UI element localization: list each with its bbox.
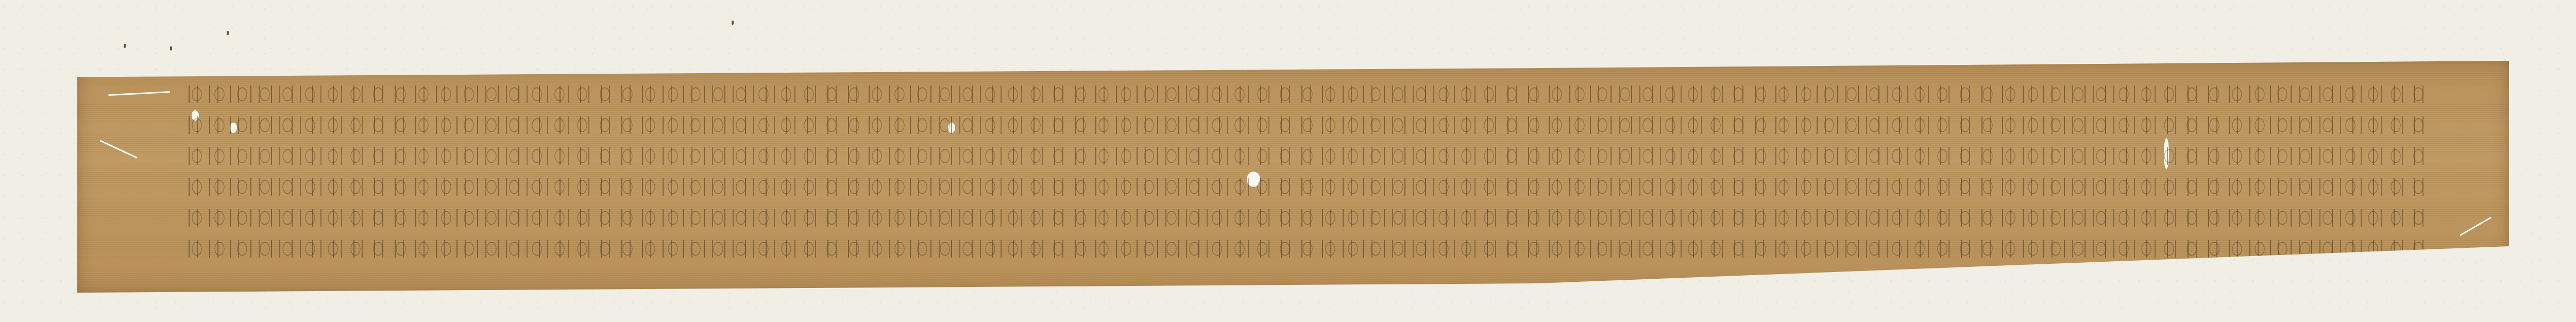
incised-script: [185, 147, 2432, 165]
palm-leaf-manuscript: (illegible incised Odia text — line 1) (…: [77, 61, 2509, 293]
script-line: (illegible incised Odia text — line 4): [185, 174, 2432, 200]
script-line: (illegible incised Odia text — line 5): [185, 205, 2432, 231]
background-speck: [124, 44, 126, 48]
background-speck: [732, 21, 734, 25]
incised-script: [185, 240, 2432, 258]
incised-script: [185, 209, 2432, 227]
incised-script: [185, 86, 2432, 103]
script-line: (illegible incised Odia text — line 3): [185, 143, 2432, 169]
incised-script: [185, 178, 2432, 196]
script-line: (illegible incised Odia text — line 1): [185, 81, 2432, 107]
background-speck: [170, 46, 172, 50]
manuscript-text: (illegible incised Odia text — line 1) (…: [185, 81, 2432, 267]
background-speck: [227, 31, 229, 35]
script-line: (illegible incised Odia text — line 6): [185, 236, 2432, 262]
script-line: (illegible incised Odia text — line 2): [185, 112, 2432, 138]
incised-script: [185, 116, 2432, 134]
